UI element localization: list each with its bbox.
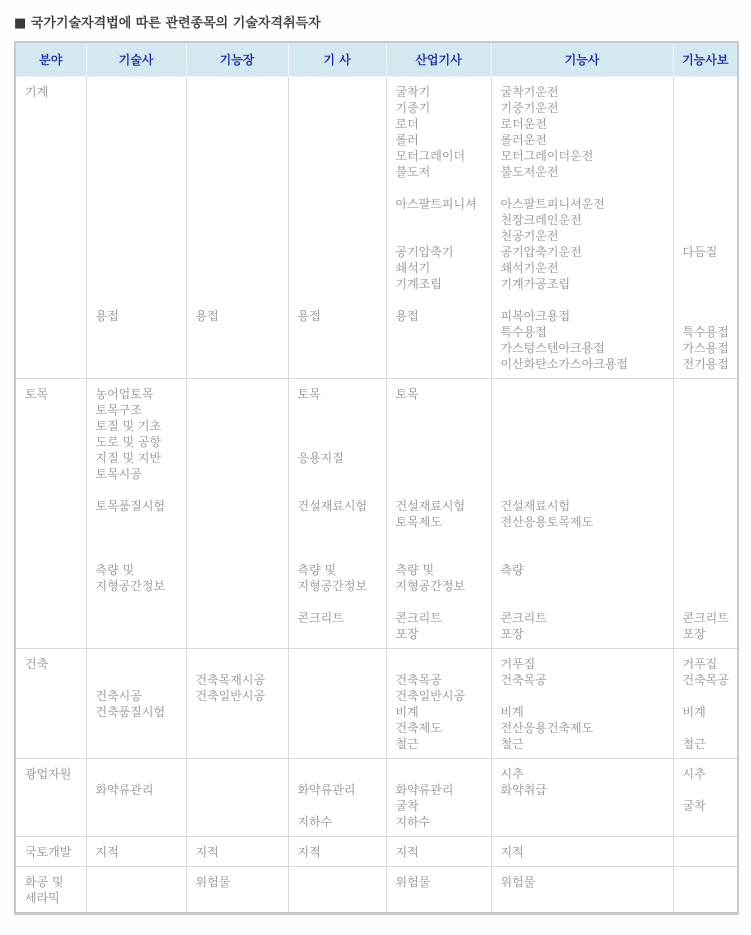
qualification-cell: 굴착기운전기중기운전로더운전롤러운전모터그레이더운전불도저운전 아스팔트피니셔운… xyxy=(491,77,673,379)
cell-line: 모터그레이더 xyxy=(396,148,488,164)
cell-line: 지적 xyxy=(96,844,183,860)
cell-line: 굴착 xyxy=(396,798,488,814)
cell-line-blank xyxy=(683,498,735,514)
cell-line-blank xyxy=(396,418,488,434)
cell-line: 건축품질시험 xyxy=(96,704,183,720)
qualification-cell: 위험물 xyxy=(491,867,673,914)
qualification-cell: 용접 xyxy=(288,77,386,379)
cell-line-blank xyxy=(298,228,383,244)
cell-line: 측량 및 xyxy=(96,562,183,578)
qualification-cell xyxy=(673,837,738,867)
cell-line-blank xyxy=(96,766,183,782)
cell-line: 롤러 xyxy=(396,132,488,148)
cell-line-blank xyxy=(96,84,183,100)
cell-line-blank xyxy=(298,84,383,100)
cell-line: 포장 xyxy=(396,626,488,642)
cell-line-blank xyxy=(683,434,735,450)
cell-line-blank xyxy=(298,418,383,434)
qualification-cell: 굴착기기중기로더롤러모터그레이더불도저 아스팔트피니셔 공기압축기쇄석기기계조립… xyxy=(386,77,491,379)
cell-line-blank xyxy=(96,482,183,498)
cell-line-blank xyxy=(683,292,735,308)
cell-line-blank xyxy=(196,228,285,244)
qualification-cell: 시추 굴착 xyxy=(673,759,738,837)
cell-line: 건설재료시험 xyxy=(298,498,383,514)
cell-line: 화약류관리 xyxy=(298,782,383,798)
cell-line: 토목 xyxy=(298,386,383,402)
cell-line: 굴착 xyxy=(683,798,735,814)
cell-line: 비계 xyxy=(683,704,735,720)
qualification-cell: 건설재료시험전산응용토목제도 측량 콘크리트포장 xyxy=(491,379,673,649)
cell-line-blank xyxy=(396,766,488,782)
qualification-cell: 토목 건설재료시험토목제도 측량 및지형공간정보 콘크리트포장 xyxy=(386,379,491,649)
field-cell: 기계 xyxy=(15,77,86,379)
qualification-cell xyxy=(186,379,288,649)
cell-line: 피복아크용접 xyxy=(501,308,670,324)
col-header-engineer: 기 사 xyxy=(288,42,386,77)
cell-line: 공기압축기운전 xyxy=(501,244,670,260)
col-header-field: 분야 xyxy=(15,42,86,77)
qualification-cell: 건축목공건축일반시공비계건축제도철근 xyxy=(386,649,491,759)
qualification-cell: 화약류관리 xyxy=(86,759,186,837)
cell-line: 전산응용건축제도 xyxy=(501,720,670,736)
cell-line-blank xyxy=(298,482,383,498)
cell-line-blank xyxy=(196,180,285,196)
cell-line-blank xyxy=(96,180,183,196)
cell-line-blank xyxy=(96,276,183,292)
cell-line: 기계가공조립 xyxy=(501,276,670,292)
table-row-civil-engineering: 토목농어업토목토목구조토질 및 기초도로 및 공항지질 및 지반토목시공 토목품… xyxy=(15,379,738,649)
cell-line: 포장 xyxy=(501,626,670,642)
qualification-cell: 지적 xyxy=(491,837,673,867)
cell-line-blank xyxy=(683,100,735,116)
cell-line-blank xyxy=(501,418,670,434)
cell-line-blank xyxy=(683,386,735,402)
cell-line-blank xyxy=(396,546,488,562)
qualification-cell xyxy=(673,867,738,914)
qualification-cell xyxy=(186,759,288,837)
cell-line: 위험물 xyxy=(396,874,488,890)
page-title: ■ 국가기술자격법에 따른 관련종목의 기술자격취득자 xyxy=(14,12,737,31)
cell-line-blank xyxy=(96,116,183,132)
qualification-cell: 거푸집건축목공 비계 철근 xyxy=(673,649,738,759)
cell-line-blank xyxy=(396,402,488,418)
qualification-cell: 콘크리트포장 xyxy=(673,379,738,649)
cell-line: 로더 xyxy=(396,116,488,132)
cell-line-blank xyxy=(196,276,285,292)
cell-line: 지형공간정보 xyxy=(396,578,488,594)
cell-line-blank xyxy=(501,466,670,482)
cell-line: 건축시공 xyxy=(96,688,183,704)
cell-line: 건축일반시공 xyxy=(396,688,488,704)
cell-line: 토목제도 xyxy=(396,514,488,530)
cell-line: 포장 xyxy=(683,626,735,642)
cell-line: 기중기 xyxy=(396,100,488,116)
cell-line-blank xyxy=(683,594,735,610)
cell-line-blank xyxy=(683,466,735,482)
qualification-cell xyxy=(86,867,186,914)
cell-line: 가스용접 xyxy=(683,340,735,356)
cell-line: 농어업토목 xyxy=(96,386,183,402)
cell-line-blank xyxy=(683,180,735,196)
cell-line-blank xyxy=(396,180,488,196)
cell-line-blank xyxy=(96,292,183,308)
cell-line-blank xyxy=(683,228,735,244)
cell-line: 쇄석기운전 xyxy=(501,260,670,276)
cell-line: 위험물 xyxy=(501,874,670,890)
cell-line: 지하수 xyxy=(396,814,488,830)
cell-line-blank xyxy=(683,212,735,228)
cell-line-blank xyxy=(501,402,670,418)
table-header-row: 분야 기술사 기능장 기 사 산업기사 기능사 기능사보 xyxy=(15,42,738,77)
cell-line-blank xyxy=(298,180,383,196)
cell-line: 특수용접 xyxy=(501,324,670,340)
cell-line: 비계 xyxy=(396,704,488,720)
cell-line: 시추 xyxy=(501,766,670,782)
qualification-cell: 지적 xyxy=(86,837,186,867)
cell-line: 아스팔트피니셔운전 xyxy=(501,196,670,212)
cell-line: 도로 및 공항 xyxy=(96,434,183,450)
cell-line-blank xyxy=(298,594,383,610)
page: ■ 국가기술자격법에 따른 관련종목의 기술자격취득자 분야 기술사 기능장 기… xyxy=(0,0,751,935)
cell-line: 시추 xyxy=(683,766,735,782)
cell-line-blank xyxy=(196,100,285,116)
cell-line: 불도저운전 xyxy=(501,164,670,180)
cell-line-blank xyxy=(196,656,285,672)
cell-line: 용접 xyxy=(396,308,488,324)
cell-line: 천공기운전 xyxy=(501,228,670,244)
cell-line: 기계조립 xyxy=(396,276,488,292)
cell-line-blank xyxy=(96,164,183,180)
cell-line-blank xyxy=(196,84,285,100)
cell-line-blank xyxy=(298,132,383,148)
cell-line-blank xyxy=(298,164,383,180)
cell-line: 건축목재시공 xyxy=(196,672,285,688)
col-header-assistant-craftsman: 기능사보 xyxy=(673,42,738,77)
cell-line: 철근 xyxy=(396,736,488,752)
cell-line: 공기압축기 xyxy=(396,244,488,260)
cell-line-blank xyxy=(396,434,488,450)
cell-line-blank xyxy=(96,244,183,260)
field-cell: 토목 xyxy=(15,379,86,649)
cell-line-blank xyxy=(501,530,670,546)
qualification-cell: 거푸집건축목공 비계전산응용건축제도철근 xyxy=(491,649,673,759)
cell-line: 아스팔트피니셔 xyxy=(396,196,488,212)
cell-line-blank xyxy=(683,402,735,418)
qualification-table: 분야 기술사 기능장 기 사 산업기사 기능사 기능사보 기계 용접 용접 용접… xyxy=(14,41,739,915)
cell-line: 토목품질시험 xyxy=(96,498,183,514)
table-row-land-development: 국토개발지적지적지적지적지적 xyxy=(15,837,738,867)
cell-line-blank xyxy=(501,546,670,562)
cell-line-blank xyxy=(96,228,183,244)
cell-line-blank xyxy=(96,132,183,148)
cell-line-blank xyxy=(683,148,735,164)
cell-line: 가스텅스텐아크용접 xyxy=(501,340,670,356)
cell-line: 지형공간정보 xyxy=(298,578,383,594)
cell-line-blank xyxy=(298,466,383,482)
col-header-craftsman: 기능사 xyxy=(491,42,673,77)
cell-line-blank xyxy=(96,546,183,562)
cell-line: 로더운전 xyxy=(501,116,670,132)
cell-line: 지하수 xyxy=(298,814,383,830)
cell-line: 철근 xyxy=(501,736,670,752)
cell-line-blank xyxy=(396,656,488,672)
cell-line: 측량 및 xyxy=(396,562,488,578)
cell-line: 불도저 xyxy=(396,164,488,180)
cell-line: 지적 xyxy=(396,844,488,860)
cell-line-blank xyxy=(196,292,285,308)
qualification-cell: 지적 xyxy=(386,837,491,867)
cell-line: 굴착기 xyxy=(396,84,488,100)
cell-line: 쇄석기 xyxy=(396,260,488,276)
cell-line-blank xyxy=(683,196,735,212)
table-row-machinery: 기계 용접 용접 용접굴착기기중기로더롤러모터그레이더불도저 아스팔트피니셔 공… xyxy=(15,77,738,379)
cell-line: 천장크레인운전 xyxy=(501,212,670,228)
col-header-master-craftsman: 기능장 xyxy=(186,42,288,77)
cell-line: 거푸집 xyxy=(683,656,735,672)
cell-line: 이산화탄소가스아크용접 xyxy=(501,356,670,372)
cell-line-blank xyxy=(683,418,735,434)
qualification-cell: 건축목재시공건축일반시공 xyxy=(186,649,288,759)
cell-line: 지질 및 지반 xyxy=(96,450,183,466)
cell-line-blank xyxy=(196,116,285,132)
cell-line-blank xyxy=(396,594,488,610)
qualification-cell: 다듬질 특수용접가스용접전기용접 xyxy=(673,77,738,379)
cell-line: 다듬질 xyxy=(683,244,735,260)
table-row-chemical-ceramics: 화공 및세라믹위험물위험물위험물 xyxy=(15,867,738,914)
cell-line-blank xyxy=(96,212,183,228)
cell-line: 기계 xyxy=(25,84,83,100)
qualification-cell: 위험물 xyxy=(386,867,491,914)
cell-line: 지적 xyxy=(196,844,285,860)
cell-line: 응용지질 xyxy=(298,450,383,466)
qualification-cell: 건축시공건축품질시험 xyxy=(86,649,186,759)
cell-line-blank xyxy=(196,260,285,276)
cell-line: 건축목공 xyxy=(396,672,488,688)
cell-line: 화공 및 xyxy=(25,874,83,890)
qualification-cell: 위험물 xyxy=(186,867,288,914)
cell-line-blank xyxy=(298,292,383,308)
cell-line-blank xyxy=(396,530,488,546)
cell-line: 건설재료시험 xyxy=(501,498,670,514)
cell-line: 용접 xyxy=(298,308,383,324)
cell-line: 화약류관리 xyxy=(96,782,183,798)
col-header-professional-engineer: 기술사 xyxy=(86,42,186,77)
cell-line: 굴착기운전 xyxy=(501,84,670,100)
cell-line: 토목시공 xyxy=(96,466,183,482)
cell-line-blank xyxy=(196,212,285,228)
cell-line-blank xyxy=(683,164,735,180)
qualification-cell: 지적 xyxy=(288,837,386,867)
cell-line-blank xyxy=(298,402,383,418)
cell-line: 측량 및 xyxy=(298,562,383,578)
field-cell: 국토개발 xyxy=(15,837,86,867)
qualification-cell: 토목 응용지질 건설재료시험 측량 및지형공간정보 콘크리트 xyxy=(288,379,386,649)
cell-line-blank xyxy=(396,212,488,228)
cell-line: 콘크리트 xyxy=(501,610,670,626)
cell-line: 전산응용토목제도 xyxy=(501,514,670,530)
table-row-mining-resources: 광업자원 화약류관리 화약류관리 지하수 화약류관리굴착지하수시추화약취급시추 … xyxy=(15,759,738,837)
cell-line: 용접 xyxy=(196,308,285,324)
cell-line-blank xyxy=(501,434,670,450)
cell-line-blank xyxy=(298,546,383,562)
cell-line-blank xyxy=(396,450,488,466)
cell-line-blank xyxy=(396,482,488,498)
cell-line-blank xyxy=(298,116,383,132)
cell-line: 토목 xyxy=(25,386,83,402)
cell-line: 토목구조 xyxy=(96,402,183,418)
cell-line-blank xyxy=(298,514,383,530)
cell-line-blank xyxy=(96,148,183,164)
cell-line-blank xyxy=(196,196,285,212)
cell-line: 건설재료시험 xyxy=(396,498,488,514)
cell-line-blank xyxy=(298,196,383,212)
cell-line-blank xyxy=(501,482,670,498)
cell-line: 콘크리트 xyxy=(396,610,488,626)
col-header-industrial-engineer: 산업기사 xyxy=(386,42,491,77)
cell-line: 건축목공 xyxy=(501,672,670,688)
cell-line: 광업자원 xyxy=(25,766,83,782)
cell-line: 위험물 xyxy=(196,874,285,890)
cell-line: 건축제도 xyxy=(396,720,488,736)
cell-line-blank xyxy=(683,116,735,132)
cell-line-blank xyxy=(683,530,735,546)
cell-line: 화약취급 xyxy=(501,782,670,798)
cell-line: 모터그레이더운전 xyxy=(501,148,670,164)
cell-line-blank xyxy=(683,782,735,798)
cell-line-blank xyxy=(683,514,735,530)
cell-line-blank xyxy=(298,212,383,228)
cell-line-blank xyxy=(196,244,285,260)
qualification-cell: 지적 xyxy=(186,837,288,867)
qualification-cell: 화약류관리굴착지하수 xyxy=(386,759,491,837)
cell-line: 용접 xyxy=(96,308,183,324)
cell-line-blank xyxy=(683,450,735,466)
cell-line-blank xyxy=(683,132,735,148)
qualification-cell xyxy=(288,649,386,759)
cell-line-blank xyxy=(298,260,383,276)
cell-line-blank xyxy=(501,292,670,308)
cell-line: 측량 xyxy=(501,562,670,578)
cell-line-blank xyxy=(683,546,735,562)
cell-line-blank xyxy=(96,530,183,546)
cell-line-blank xyxy=(298,100,383,116)
cell-line-blank xyxy=(683,308,735,324)
cell-line: 건축목공 xyxy=(683,672,735,688)
cell-line-blank xyxy=(683,482,735,498)
cell-line-blank xyxy=(96,514,183,530)
cell-line-blank xyxy=(96,196,183,212)
field-cell: 광업자원 xyxy=(15,759,86,837)
cell-line-blank xyxy=(298,434,383,450)
cell-line: 토목 xyxy=(396,386,488,402)
field-cell: 건축 xyxy=(15,649,86,759)
cell-line-blank xyxy=(683,276,735,292)
cell-line: 건축일반시공 xyxy=(196,688,285,704)
cell-line-blank xyxy=(298,798,383,814)
cell-line: 기중기운전 xyxy=(501,100,670,116)
cell-line-blank xyxy=(683,688,735,704)
cell-line-blank xyxy=(501,180,670,196)
cell-line-blank xyxy=(96,672,183,688)
cell-line-blank xyxy=(298,530,383,546)
cell-line-blank xyxy=(396,466,488,482)
table-row-architecture: 건축 건축시공건축품질시험 건축목재시공건축일반시공 건축목공건축일반시공비계건… xyxy=(15,649,738,759)
cell-line-blank xyxy=(683,562,735,578)
cell-line-blank xyxy=(683,84,735,100)
cell-line-blank xyxy=(683,720,735,736)
cell-line: 세라믹 xyxy=(25,890,83,906)
cell-line-blank xyxy=(196,148,285,164)
cell-line: 국토개발 xyxy=(25,844,83,860)
cell-line-blank xyxy=(298,766,383,782)
cell-line: 철근 xyxy=(683,736,735,752)
cell-line-blank xyxy=(501,386,670,402)
cell-line-blank xyxy=(396,228,488,244)
cell-line: 콘크리트 xyxy=(683,610,735,626)
cell-line-blank xyxy=(196,132,285,148)
cell-line-blank xyxy=(96,656,183,672)
cell-line-blank xyxy=(196,164,285,180)
cell-line: 롤러운전 xyxy=(501,132,670,148)
cell-line: 지적 xyxy=(501,844,670,860)
cell-line-blank xyxy=(501,578,670,594)
qualification-cell: 용접 xyxy=(186,77,288,379)
cell-line: 토질 및 기초 xyxy=(96,418,183,434)
cell-line: 지적 xyxy=(298,844,383,860)
cell-line: 거푸집 xyxy=(501,656,670,672)
qualification-cell: 화약류관리 지하수 xyxy=(288,759,386,837)
cell-line: 특수용접 xyxy=(683,324,735,340)
cell-line: 건축 xyxy=(25,656,83,672)
cell-line-blank xyxy=(501,594,670,610)
qualification-cell: 용접 xyxy=(86,77,186,379)
cell-line-blank xyxy=(298,276,383,292)
cell-line: 비계 xyxy=(501,704,670,720)
cell-line-blank xyxy=(501,450,670,466)
qualification-cell: 농어업토목토목구조토질 및 기초도로 및 공항지질 및 지반토목시공 토목품질시… xyxy=(86,379,186,649)
qualification-cell xyxy=(288,867,386,914)
cell-line-blank xyxy=(298,148,383,164)
cell-line-blank xyxy=(96,260,183,276)
cell-line-blank xyxy=(396,292,488,308)
field-cell: 화공 및세라믹 xyxy=(15,867,86,914)
qualification-cell: 시추화약취급 xyxy=(491,759,673,837)
cell-line-blank xyxy=(96,100,183,116)
cell-line: 화약류관리 xyxy=(396,782,488,798)
cell-line-blank xyxy=(683,260,735,276)
cell-line: 전기용접 xyxy=(683,356,735,372)
cell-line: 콘크리트 xyxy=(298,610,383,626)
cell-line: 지형공간정보 xyxy=(96,578,183,594)
cell-line-blank xyxy=(501,688,670,704)
cell-line-blank xyxy=(683,578,735,594)
cell-line-blank xyxy=(298,244,383,260)
